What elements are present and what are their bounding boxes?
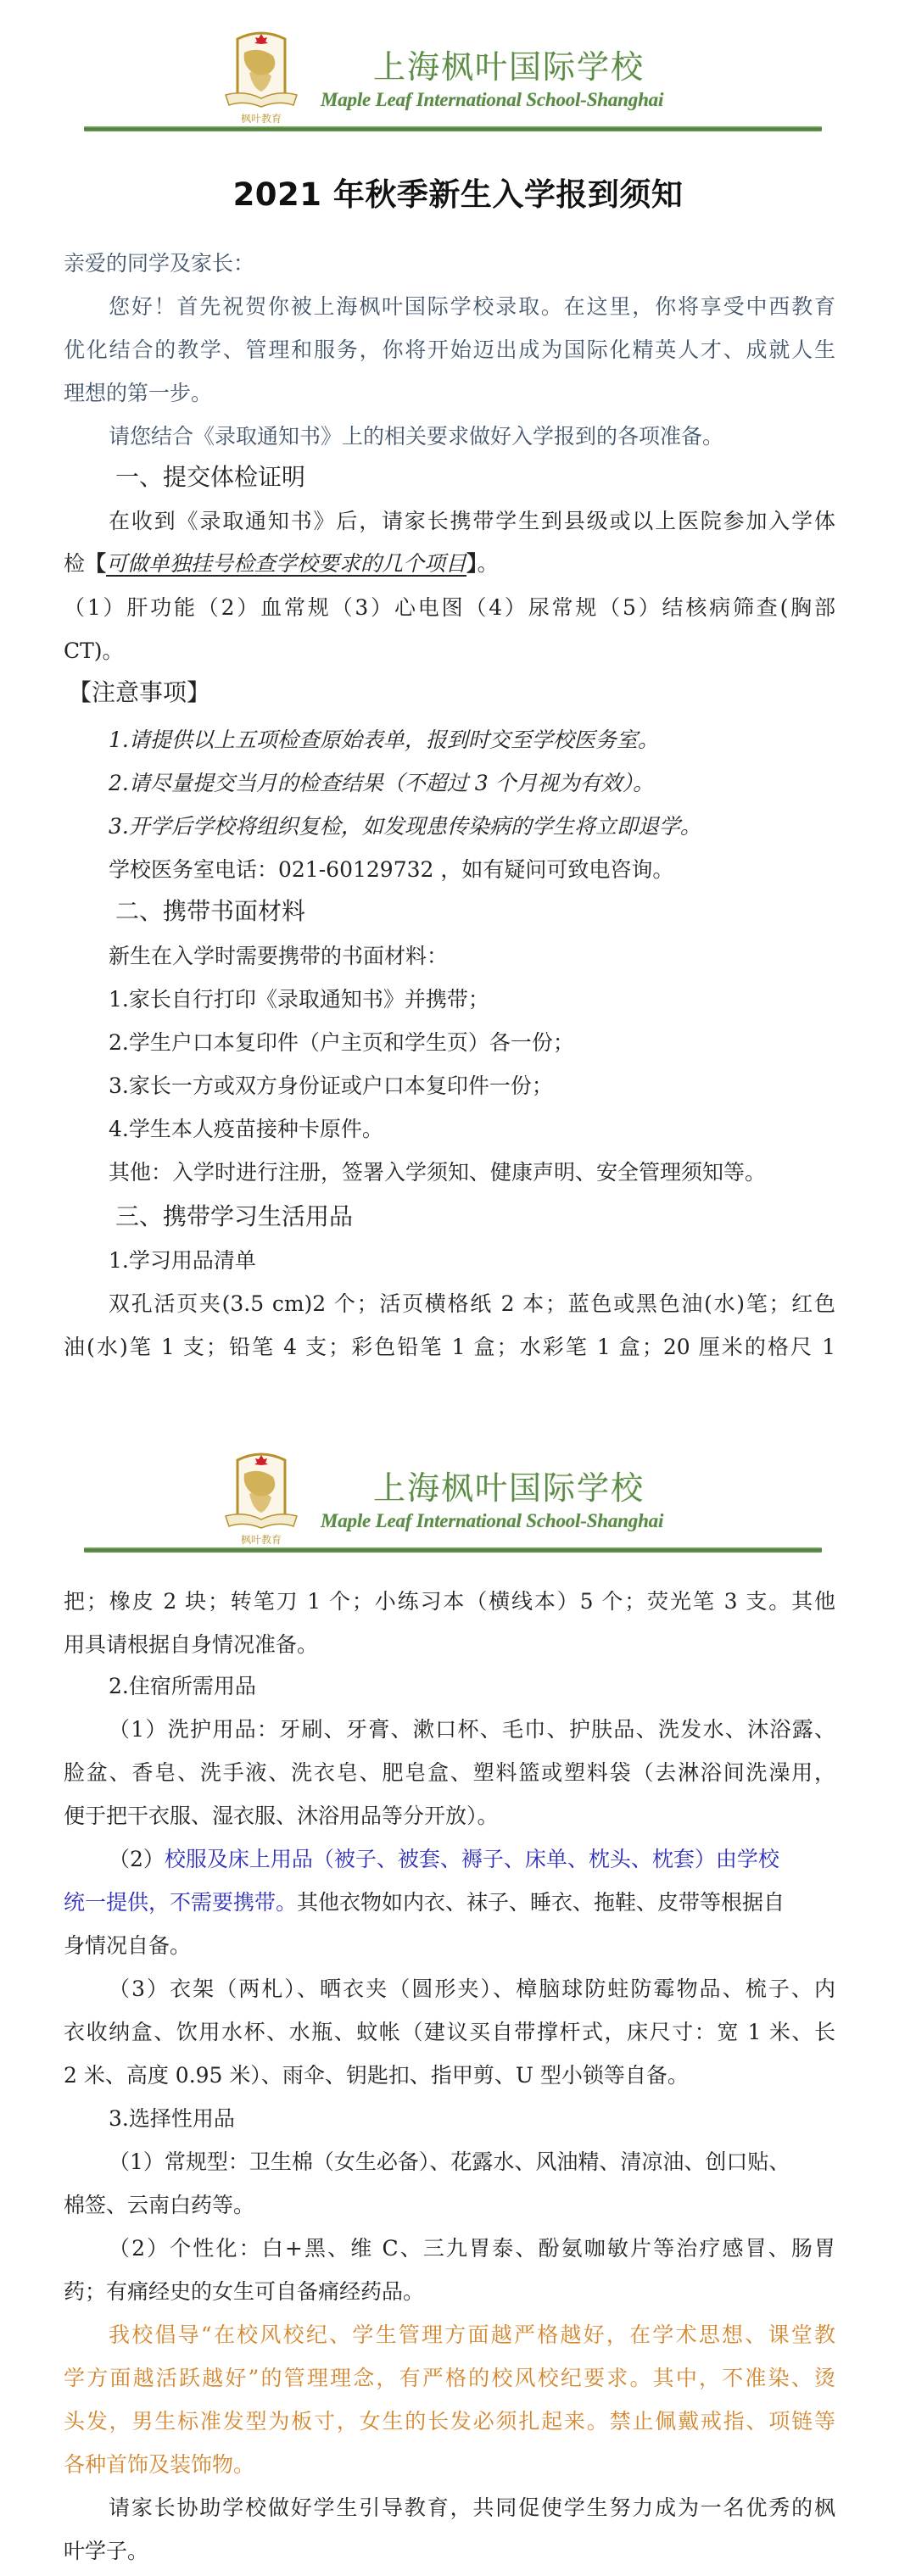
toiletries-line-3: 便于把干衣服、湿衣服、沐浴用品等分开放）。 [64, 1802, 499, 1831]
document-item-4: 4.学生本人疫苗接种卡原件。 [109, 1115, 383, 1144]
study-supplies-line-3: 把；橡皮 2 块；转笔刀 1 个；小练习本（横线本）5 个；荧光笔 3 支。其他 [64, 1587, 835, 1616]
document-other: 其他：入学时进行注册，签署入学须知、健康声明、安全管理须知等。 [109, 1158, 766, 1187]
exam-note-highlight: 可做单独挂号检查学校要求的几个项目 [106, 551, 466, 576]
school-crest-logo: 枫叶教育 [219, 27, 304, 125]
uniform-line-3: 身情况自备。 [64, 1932, 191, 1960]
personal-line-1: （2）个性化：白+黑、维 C、三九胃泰、酚氨咖敏片等治疗感冒、肠胃 [109, 2234, 835, 2263]
toiletries-line-1: （1）洗护用品：牙刷、牙膏、漱口杯、毛巾、护肤品、洗发水、沐浴露、 [109, 1715, 835, 1744]
notice-item-2: 2.请尽量提交当月的检查结果（不超过 3 个月视为有效）。 [109, 769, 654, 798]
policy-line-3: 头发，男生标准发型为板寸，女生的长发必须扎起来。禁止佩戴戒指、项链等 [64, 2407, 835, 2436]
notice-item-3: 3.开学后学校将组织复检，如发现患传染病的学生将立即退学。 [109, 812, 701, 841]
policy-line-4: 各种首饰及装饰物。 [64, 2451, 254, 2479]
section-3-heading: 三、携带学习生活用品 [115, 1202, 353, 1231]
intro-line-3: 理想的第一步。 [64, 379, 212, 408]
letterhead-divider [84, 126, 822, 131]
intro-line-2: 优化结合的教学、管理和服务，你将开始迈出成为国际化精英人才、成就人生 [64, 336, 835, 365]
notice-item-1: 1.请提供以上五项检查原始表单，报到时交至学校医务室。 [109, 726, 659, 755]
school-name-chinese: 上海枫叶国际学校 [373, 1462, 645, 1508]
closing-line-2: 叶学子。 [64, 2537, 148, 2566]
svg-text:枫叶教育: 枫叶教育 [241, 1533, 282, 1546]
section-1-heading: 一、提交体检证明 [115, 463, 305, 492]
personal-line-2: 药；有痛经史的女生可自备痛经药品。 [64, 2278, 424, 2306]
page-title: 2021 年秋季新生入学报到须知 [0, 169, 916, 215]
misc-line-3: 2 米、高度 0.95 米）、雨伞、钥匙扣、指甲剪、U 型小锁等自备。 [64, 2061, 689, 2090]
school-crest-logo: 枫叶教育 [219, 1448, 304, 1547]
misc-line-2: 衣收纳盒、饮用水杯、水瓶、蚊帐（建议买自带撑杆式，床尺寸：宽 1 米、长 [64, 2018, 835, 2047]
document-item-2: 2.学生户口本复印件（户主页和学生页）各一份； [109, 1029, 574, 1057]
intro-prepare: 请您结合《录取通知书》上的相关要求做好入学报到的各项准备。 [109, 422, 723, 451]
dorm-supplies-heading: 2.住宿所需用品 [109, 1672, 256, 1701]
letterhead: 枫叶教育 上海枫叶国际学校 Maple Leaf International S… [0, 1440, 916, 1584]
letterhead: 枫叶教育 上海枫叶国际学校 Maple Leaf International S… [0, 19, 916, 163]
optional-supplies-heading: 3.选择性用品 [109, 2105, 235, 2133]
policy-line-2: 学方面越活跃越好”的管理理念，有严格的校风校纪要求。其中，不准染、烫 [64, 2364, 835, 2393]
study-supplies-line-4: 用具请根据自身情况准备。 [64, 1631, 318, 1659]
misc-line-1: （3）衣架（两札）、晒衣夹（圆形夹）、樟脑球防蛀防霉物品、梳子、内 [109, 1975, 835, 2004]
school-name-english: Maple Leaf International School-Shanghai [321, 89, 663, 111]
notice-heading: 【注意事项】 [68, 678, 210, 707]
intro-line-1: 您好！首先祝贺你被上海枫叶国际学校录取。在这里，你将享受中西教育 [109, 293, 835, 321]
document-page-2: 枫叶教育 上海枫叶国际学校 Maple Leaf International S… [0, 1391, 916, 2576]
clinic-phone-line: 学校医务室电话：021-60129732 ，如有疑问可致电咨询。 [109, 856, 673, 884]
exam-items-line-1: （1）肝功能（2）血常规（3）心电图（4）尿常规（5）结核病筛查(胸部 [64, 594, 835, 622]
uniform-provided-highlight: 校服及床上用品（被子、被套、褥子、床单、枕头、枕套）由学校 [165, 1847, 779, 1871]
regular-line-1: （1）常规型：卫生棉（女生必备）、花露水、风油精、清凉油、创口贴、 [109, 2148, 790, 2177]
section-1-line-1: 在收到《录取通知书》后，请家长携带学生到县级或以上医院参加入学体 [109, 507, 835, 536]
maple-crest-icon: 枫叶教育 [219, 1448, 304, 1547]
maple-crest-icon: 枫叶教育 [219, 27, 304, 125]
study-supplies-line-1: 双孔活页夹(3.5 cm)2 个；活页横格纸 2 本；蓝色或黑色油(水)笔；红色 [109, 1290, 835, 1319]
uniform-line-1: （2）校服及床上用品（被子、被套、褥子、床单、枕头、枕套）由学校 [109, 1845, 779, 1874]
study-supplies-heading: 1.学习用品清单 [109, 1246, 256, 1275]
school-name-english: Maple Leaf International School-Shanghai [321, 1510, 663, 1532]
closing-line-1: 请家长协助学校做好学生引导教育，共同促使学生努力成为一名优秀的枫 [109, 2494, 835, 2523]
toiletries-line-2: 脸盆、香皂、洗手液、洗衣皂、肥皂盒、塑料篮或塑料袋（去淋浴间洗澡用， [64, 1759, 835, 1787]
salutation: 亲爱的同学及家长： [64, 249, 254, 278]
policy-line-1: 我校倡导“在校风校纪、学生管理方面越严格越好，在学术思想、课堂教 [109, 2321, 835, 2350]
section-2-intro: 新生在入学时需要携带的书面材料： [109, 942, 448, 971]
exam-items-line-2: CT)。 [64, 637, 124, 666]
section-1-line-2: 检【可做单独挂号检查学校要求的几个项目】。 [64, 549, 499, 578]
svg-text:枫叶教育: 枫叶教育 [241, 112, 282, 125]
section-2-heading: 二、携带书面材料 [115, 897, 305, 926]
document-item-1: 1.家长自行打印《录取通知书》并携带； [109, 985, 489, 1014]
regular-line-2: 棉签、云南白药等。 [64, 2191, 254, 2220]
document-item-3: 3.家长一方或双方身份证或户口本复印件一份； [109, 1072, 553, 1101]
letterhead-divider [84, 1547, 822, 1553]
study-supplies-line-2: 油(水)笔 1 支；铅笔 4 支；彩色铅笔 1 盒；水彩笔 1 盒；20 厘米的… [64, 1333, 835, 1362]
school-name-chinese: 上海枫叶国际学校 [373, 41, 645, 87]
document-page-1: 枫叶教育 上海枫叶国际学校 Maple Leaf International S… [0, 0, 916, 1391]
uniform-line-2: 统一提供，不需要携带。其他衣物如内衣、袜子、睡衣、拖鞋、皮带等根据自 [64, 1888, 785, 1917]
